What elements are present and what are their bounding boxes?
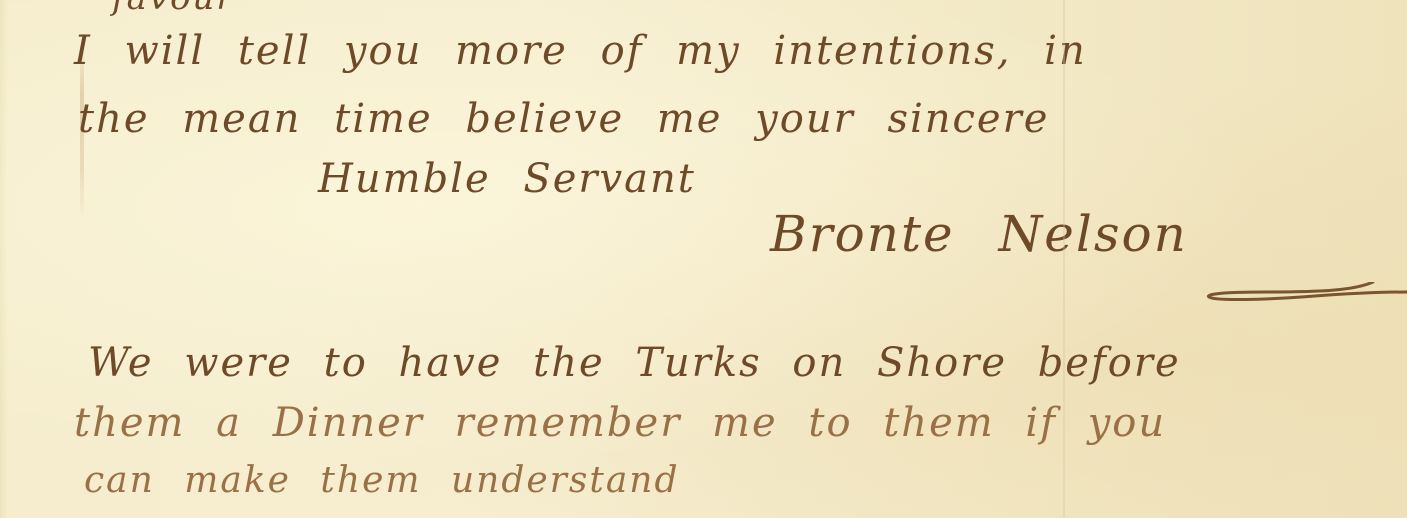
postscript-line-3: can make them understand: [84, 460, 680, 501]
postscript-line-2: them a Dinner remember me to them if you: [74, 400, 1166, 446]
closing-line: Humble Servant: [318, 156, 696, 202]
body-line-1: I will tell you more of my intentions, i…: [74, 28, 1087, 74]
postscript-line-1: We were to have the Turks on Shore befor…: [88, 340, 1181, 386]
letter-page: favour I will tell you more of my intent…: [0, 0, 1407, 518]
signature-flourish-icon: [1205, 282, 1407, 302]
body-line-2: the mean time believe me your sincere: [78, 96, 1049, 142]
partial-top-line: favour: [112, 0, 235, 18]
signature: Bronte Nelson: [770, 205, 1188, 263]
